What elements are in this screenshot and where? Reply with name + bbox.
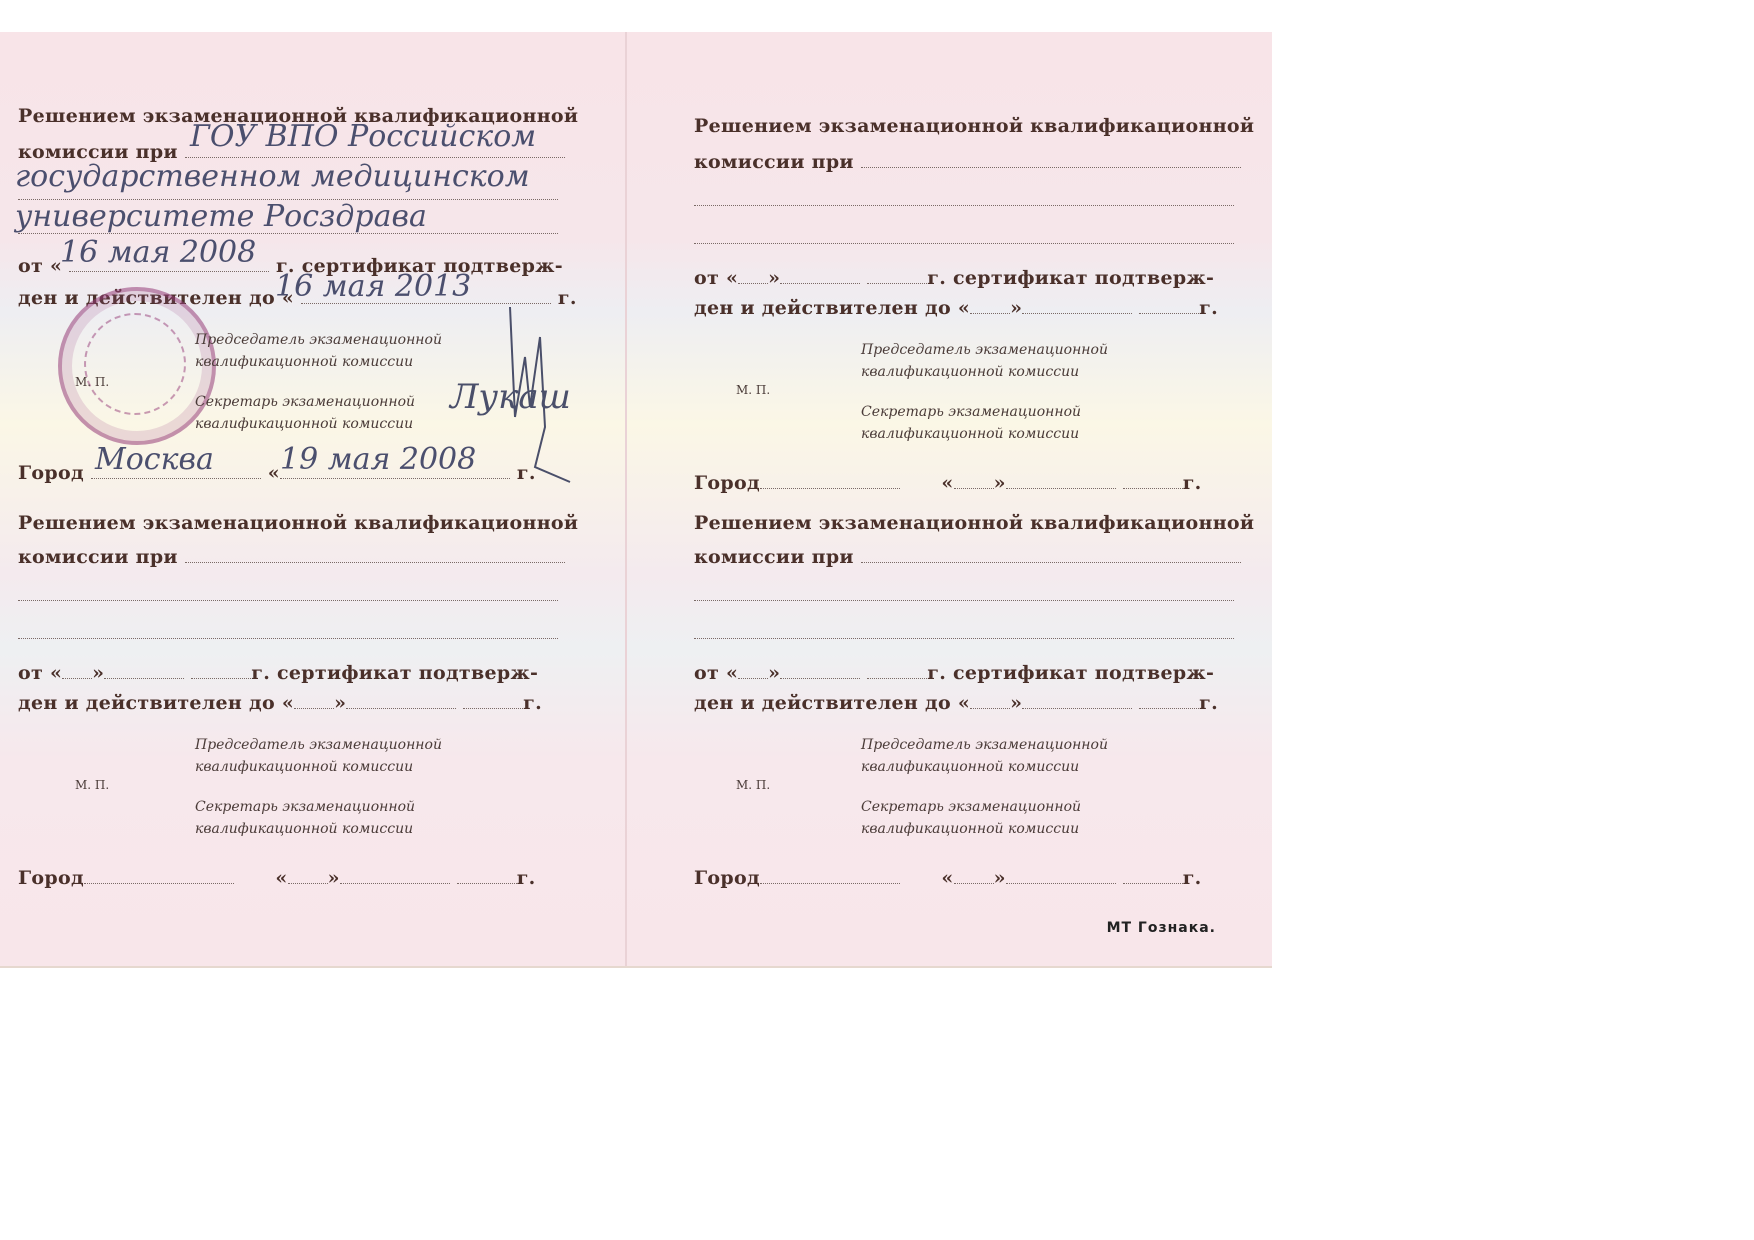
chairman-label-2: квалификационной комиссии xyxy=(195,351,442,373)
stamp-place-label: М. П. xyxy=(75,375,109,389)
page-fold xyxy=(625,32,627,966)
commission-handwritten-3: университете Росздрава xyxy=(15,199,427,234)
secretary-label-1: Секретарь экзаменационной xyxy=(195,391,415,413)
commission-handwritten-1: ГОУ ВПО Российском xyxy=(190,119,536,154)
certificate-document: Решением экзаменационной квалификационно… xyxy=(0,32,1272,968)
entry-block-4: Решением экзаменационной квалификационно… xyxy=(676,512,1236,942)
secretary-label-2: квалификационной комиссии xyxy=(195,413,415,435)
entry-block-3: Решением экзаменационной квалификационно… xyxy=(0,512,560,942)
entry-block-2: Решением экзаменационной квалификационно… xyxy=(676,77,1236,507)
issue-date-handwritten: 19 мая 2008 xyxy=(280,442,476,477)
printer-mark: МТ Гознака. xyxy=(1107,920,1216,936)
left-page: Решением экзаменационной квалификационно… xyxy=(0,32,600,966)
official-seal xyxy=(58,287,216,445)
right-page: Решением экзаменационной квалификационно… xyxy=(676,32,1276,966)
commission-handwritten-2: государственном медицинском xyxy=(15,159,530,194)
from-date-handwritten: 16 мая 2008 xyxy=(60,235,256,270)
chairman-label-1: Председатель экзаменационной xyxy=(195,329,442,351)
valid-until-handwritten: 16 мая 2013 xyxy=(275,269,471,304)
city-handwritten: Москва xyxy=(95,442,214,477)
chairman-signature xyxy=(490,297,590,487)
entry-block-1: Решением экзаменационной квалификационно… xyxy=(0,77,560,507)
